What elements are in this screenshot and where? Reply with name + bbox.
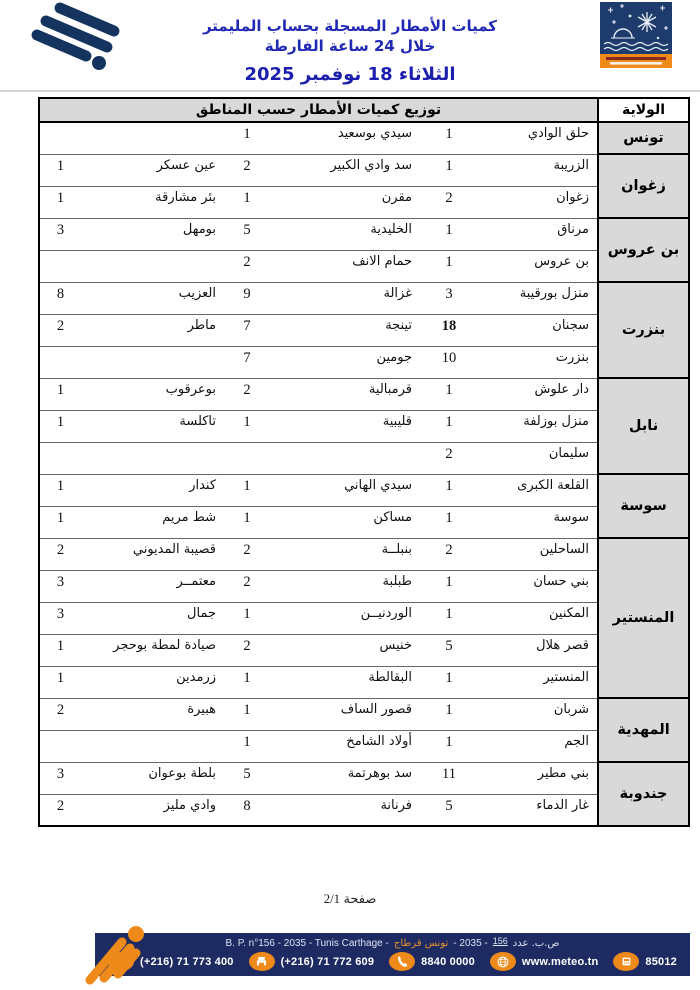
station-name-cell: غزالة [270, 282, 420, 314]
station-value-cell: 1 [420, 122, 478, 154]
station-value-cell: 1 [39, 666, 81, 698]
station-name-cell: المكنين [478, 602, 598, 634]
document-page: { "colors": { "title_blue": "#2129b5", "… [0, 0, 700, 990]
emblem-graphic [600, 2, 672, 68]
station-value-cell: 1 [224, 122, 270, 154]
footer-streaks-graphic [80, 916, 154, 986]
station-value-cell [39, 346, 81, 378]
station-value-cell: 2 [39, 698, 81, 730]
table-row: سوسة1مساكن1شط مريم1 [39, 506, 689, 538]
station-name-cell: الجم [478, 730, 598, 762]
table-row: المكنين1الوردنيــن1جمال3 [39, 602, 689, 634]
station-value-cell: 1 [420, 474, 478, 506]
station-name-cell: قليبية [270, 410, 420, 442]
station-value-cell: 8 [224, 794, 270, 826]
station-name-cell: بنبلــة [270, 538, 420, 570]
station-name-cell: حلق الوادي [478, 122, 598, 154]
station-name-cell: صيادة لمطة بوحجر [81, 634, 224, 666]
page-number: صفحة 2/1 [0, 891, 700, 907]
station-name-cell: كندار [81, 474, 224, 506]
station-value-cell: 1 [39, 410, 81, 442]
station-name-cell: سوسة [478, 506, 598, 538]
station-name-cell: سجنان [478, 314, 598, 346]
table-row: بنزرتمنزل بورقيبة3غزالة9العزيب8 [39, 282, 689, 314]
station-name-cell: طبلبة [270, 570, 420, 602]
station-value-cell: 1 [420, 378, 478, 410]
table-row: نابلدار علوش1قرمبالية2بوعرقوب1 [39, 378, 689, 410]
station-name-cell: بني مطير [478, 762, 598, 794]
station-name-cell: زرمدين [81, 666, 224, 698]
station-value-cell: 2 [39, 794, 81, 826]
wilaya-cell: زغوان [598, 154, 689, 218]
station-name-cell: سد وادي الكبير [270, 154, 420, 186]
table-row: منزل بوزلفة1قليبية1تاكلسة1 [39, 410, 689, 442]
report-date: الثلاثاء 18 نوفمبر 2025 [0, 64, 700, 85]
station-name-cell: بني حسان [478, 570, 598, 602]
station-name-cell: سيدي بوسعيد [270, 122, 420, 154]
station-name-cell: مقرن [270, 186, 420, 218]
wilaya-cell: المهدية [598, 698, 689, 762]
station-name-cell: فرنانة [270, 794, 420, 826]
table-row: بنزرت10جومين7 [39, 346, 689, 378]
contact-text: (+216) 71 772 609 [281, 956, 375, 968]
wilaya-cell: نابل [598, 378, 689, 474]
station-name-cell: بن عروس [478, 250, 598, 282]
contact-text: www.meteo.tn [522, 956, 599, 968]
report-subtitle: خلال 24 ساعة الفارطة [0, 36, 700, 56]
table-row: المهديةشربان1قصور الساف1هبيرة2 [39, 698, 689, 730]
station-name-cell: تينجة [270, 314, 420, 346]
globe-icon [490, 952, 516, 971]
table-row: قصر هلال5خنيس2صيادة لمطة بوحجر1 [39, 634, 689, 666]
station-value-cell: 2 [224, 538, 270, 570]
station-value-cell: 2 [224, 378, 270, 410]
address-latin: B. P. n°156 - 2035 - Tunis Carthage - [226, 938, 389, 949]
station-value-cell: 5 [420, 634, 478, 666]
table-row: المنستيرالساحلين2بنبلــة2قصيبة المديوني2 [39, 538, 689, 570]
station-value-cell: 7 [224, 346, 270, 378]
inm-emblem-logo [600, 2, 672, 68]
table-row: الجم1أولاد الشامخ1 [39, 730, 689, 762]
station-value-cell: 3 [39, 570, 81, 602]
station-value-cell: 1 [224, 474, 270, 506]
station-value-cell [39, 730, 81, 762]
station-value-cell: 1 [420, 666, 478, 698]
station-value-cell: 1 [420, 154, 478, 186]
station-name-cell: الزريبة [478, 154, 598, 186]
station-value-cell: 1 [39, 378, 81, 410]
station-value-cell [224, 442, 270, 474]
handset-icon [389, 952, 415, 971]
station-name-cell: مرناق [478, 218, 598, 250]
station-value-cell: 10 [420, 346, 478, 378]
station-name-cell: قرمبالية [270, 378, 420, 410]
station-value-cell: 5 [224, 218, 270, 250]
table-row: زغوانالزريبة1سد وادي الكبير2عين عسكر1 [39, 154, 689, 186]
station-name-cell: حمام الانف [270, 250, 420, 282]
contact-text: (+216) 71 773 400 [140, 956, 234, 968]
header-rule [0, 90, 700, 92]
station-name-cell: بنزرت [478, 346, 598, 378]
station-name-cell: العزيب [81, 282, 224, 314]
station-name-cell: بئر مشارقة [81, 186, 224, 218]
table-row: المنستير1البقالطة1زرمدين1 [39, 666, 689, 698]
contact-text: 8840 0000 [421, 956, 475, 968]
station-name-cell: الوردنيــن [270, 602, 420, 634]
station-value-cell: 2 [420, 186, 478, 218]
station-value-cell: 1 [420, 698, 478, 730]
footer-address: B. P. n°156 - 2035 - Tunis Carthage - تو… [226, 938, 560, 949]
station-name-cell: الساحلين [478, 538, 598, 570]
station-value-cell: 2 [224, 570, 270, 602]
station-name-cell [270, 442, 420, 474]
station-value-cell: 1 [39, 474, 81, 506]
station-name-cell: جمال [81, 602, 224, 634]
fax-machine-icon [613, 952, 639, 971]
station-value-cell: 2 [39, 314, 81, 346]
address-arabic-pob: ص.ب. عدد [513, 938, 560, 949]
report-header: كميات الأمطار المسجلة بحساب المليمتر خلا… [0, 16, 700, 85]
station-value-cell: 1 [420, 410, 478, 442]
station-value-cell: 9 [224, 282, 270, 314]
station-value-cell: 1 [39, 154, 81, 186]
wilaya-cell: بنزرت [598, 282, 689, 378]
table-row: سليمان2 [39, 442, 689, 474]
station-value-cell: 18 [420, 314, 478, 346]
station-name-cell: جومين [270, 346, 420, 378]
station-value-cell: 2 [39, 538, 81, 570]
station-name-cell: المنستير [478, 666, 598, 698]
table-row: غار الدماء5فرنانة8وادي مليز2 [39, 794, 689, 826]
station-value-cell: 1 [39, 186, 81, 218]
station-name-cell: قصر هلال [478, 634, 598, 666]
table-row: سوسةالقلعة الكبرى1سيدي الهاني1كندار1 [39, 474, 689, 506]
station-name-cell: سد بوهرتمة [270, 762, 420, 794]
station-name-cell: منزل بوزلفة [478, 410, 598, 442]
station-value-cell [39, 442, 81, 474]
station-value-cell: 1 [224, 730, 270, 762]
station-value-cell: 1 [420, 730, 478, 762]
table-row: بن عروسمرناق1الخليدية5بومهل3 [39, 218, 689, 250]
report-title: كميات الأمطار المسجلة بحساب المليمتر [0, 16, 700, 36]
table-row: جندوبةبني مطير11سد بوهرتمة5بلطة بوعوان3 [39, 762, 689, 794]
station-name-cell: تاكلسة [81, 410, 224, 442]
station-value-cell: 1 [224, 602, 270, 634]
table-header-row: الولاية توزيع كميات الأمطار حسب المناطق [39, 98, 689, 122]
station-value-cell [39, 122, 81, 154]
station-value-cell: 1 [420, 250, 478, 282]
wilaya-cell: تونس [598, 122, 689, 154]
station-name-cell: مساكن [270, 506, 420, 538]
station-value-cell: 1 [420, 570, 478, 602]
table-row: تونسحلق الوادي1سيدي بوسعيد1 [39, 122, 689, 154]
table-row: سجنان18تينجة7ماطر2 [39, 314, 689, 346]
address-separator: - 2035 - [453, 938, 487, 949]
station-name-cell [81, 250, 224, 282]
station-name-cell: الخليدية [270, 218, 420, 250]
table-row: زغوان2مقرن1بئر مشارقة1 [39, 186, 689, 218]
wilaya-header-cell: الولاية [598, 98, 689, 122]
station-name-cell: غار الدماء [478, 794, 598, 826]
station-value-cell: 1 [224, 666, 270, 698]
station-value-cell: 1 [39, 506, 81, 538]
station-value-cell: 1 [224, 506, 270, 538]
station-value-cell [39, 250, 81, 282]
station-value-cell: 2 [420, 442, 478, 474]
station-name-cell [81, 122, 224, 154]
wilaya-cell: سوسة [598, 474, 689, 538]
station-value-cell: 3 [420, 282, 478, 314]
station-name-cell: البقالطة [270, 666, 420, 698]
station-value-cell: 11 [420, 762, 478, 794]
station-value-cell: 2 [224, 634, 270, 666]
station-value-cell: 3 [39, 218, 81, 250]
footer-contacts: ☎ (+216) 71 773 400 (+216) 71 772 609 88… [95, 952, 690, 971]
station-name-cell: منزل بورقيبة [478, 282, 598, 314]
station-name-cell: شربان [478, 698, 598, 730]
wilaya-cell: المنستير [598, 538, 689, 698]
station-value-cell: 2 [224, 154, 270, 186]
station-name-cell: دار علوش [478, 378, 598, 410]
station-value-cell: 1 [224, 186, 270, 218]
station-value-cell: 1 [224, 698, 270, 730]
station-value-cell: 1 [224, 410, 270, 442]
station-value-cell: 3 [39, 762, 81, 794]
fax-icon [249, 952, 275, 971]
station-name-cell: القلعة الكبرى [478, 474, 598, 506]
station-name-cell: هبيرة [81, 698, 224, 730]
station-name-cell: شط مريم [81, 506, 224, 538]
station-name-cell: زغوان [478, 186, 598, 218]
footer-bar: B. P. n°156 - 2035 - Tunis Carthage - تو… [95, 933, 690, 976]
address-arabic-city: تونس قرطاج [394, 938, 448, 949]
station-name-cell: سليمان [478, 442, 598, 474]
distribution-header-cell: توزيع كميات الأمطار حسب المناطق [39, 98, 598, 122]
station-value-cell: 2 [224, 250, 270, 282]
station-name-cell: خنيس [270, 634, 420, 666]
station-name-cell [81, 346, 224, 378]
station-name-cell [81, 730, 224, 762]
station-name-cell: بوعرقوب [81, 378, 224, 410]
station-value-cell: 5 [224, 762, 270, 794]
station-name-cell: ماطر [81, 314, 224, 346]
address-pob-number: 156 [493, 936, 508, 946]
station-value-cell: 7 [224, 314, 270, 346]
station-name-cell: قصور الساف [270, 698, 420, 730]
wilaya-cell: جندوبة [598, 762, 689, 826]
station-name-cell: أولاد الشامخ [270, 730, 420, 762]
contact-fax: (+216) 71 772 609 [249, 952, 375, 971]
table-row: بني حسان1طبلبة2معتمــر3 [39, 570, 689, 602]
wilaya-cell: بن عروس [598, 218, 689, 282]
contact-call-center: 8840 0000 [389, 952, 475, 971]
station-value-cell: 5 [420, 794, 478, 826]
station-name-cell: قصيبة المديوني [81, 538, 224, 570]
station-value-cell: 2 [420, 538, 478, 570]
station-name-cell: بومهل [81, 218, 224, 250]
footer-streaks-logo [80, 916, 154, 990]
station-value-cell: 8 [39, 282, 81, 314]
station-value-cell: 1 [420, 506, 478, 538]
station-value-cell: 1 [420, 218, 478, 250]
rainfall-table: الولاية توزيع كميات الأمطار حسب المناطق … [38, 97, 690, 827]
contact-sms: 85012 [613, 952, 677, 971]
station-name-cell: سيدي الهاني [270, 474, 420, 506]
contact-text: 85012 [645, 956, 677, 968]
station-value-cell: 1 [420, 602, 478, 634]
station-name-cell: عين عسكر [81, 154, 224, 186]
station-value-cell: 1 [39, 634, 81, 666]
station-name-cell: معتمــر [81, 570, 224, 602]
contact-website: www.meteo.tn [490, 952, 599, 971]
station-name-cell [81, 442, 224, 474]
station-name-cell: بلطة بوعوان [81, 762, 224, 794]
station-name-cell: وادي مليز [81, 794, 224, 826]
station-value-cell: 3 [39, 602, 81, 634]
table-row: بن عروس1حمام الانف2 [39, 250, 689, 282]
rainfall-table-body: تونسحلق الوادي1سيدي بوسعيد1زغوانالزريبة1… [39, 122, 689, 826]
